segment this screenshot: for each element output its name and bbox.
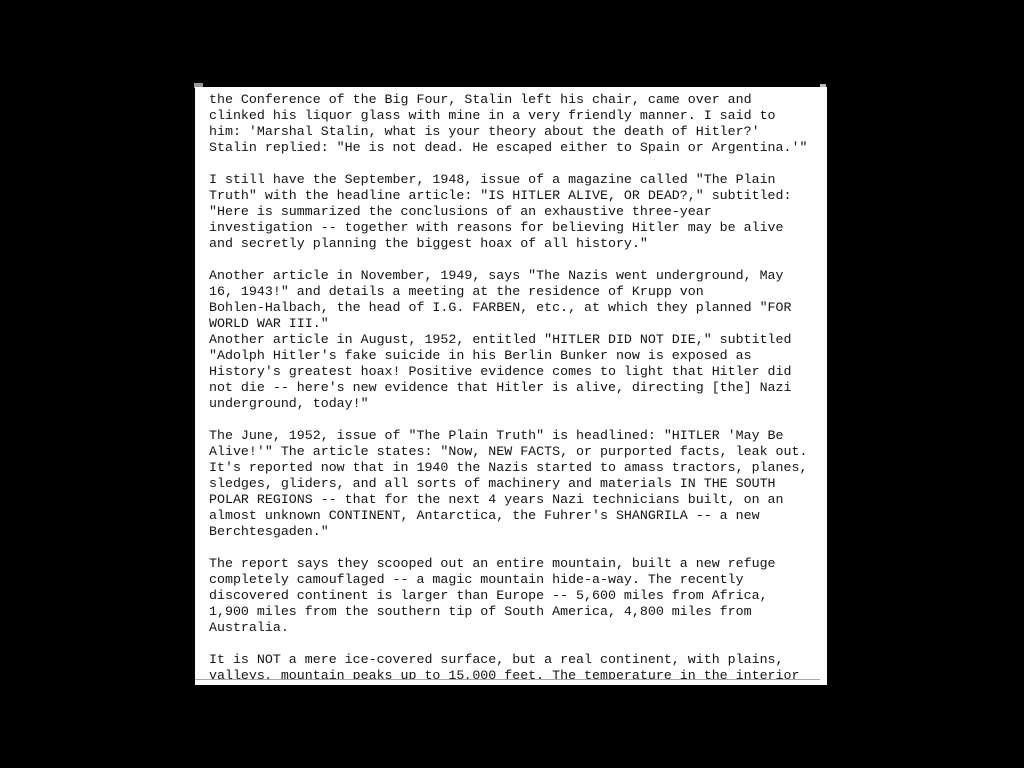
document-text: the Conference of the Big Four, Stalin l… [195, 87, 827, 679]
document-text-viewport: the Conference of the Big Four, Stalin l… [195, 87, 827, 679]
document-page: the Conference of the Big Four, Stalin l… [195, 87, 827, 685]
screen-background: { "colors": { "background": "#000000", "… [0, 0, 1024, 768]
page-bottom-edge-line [195, 679, 820, 680]
